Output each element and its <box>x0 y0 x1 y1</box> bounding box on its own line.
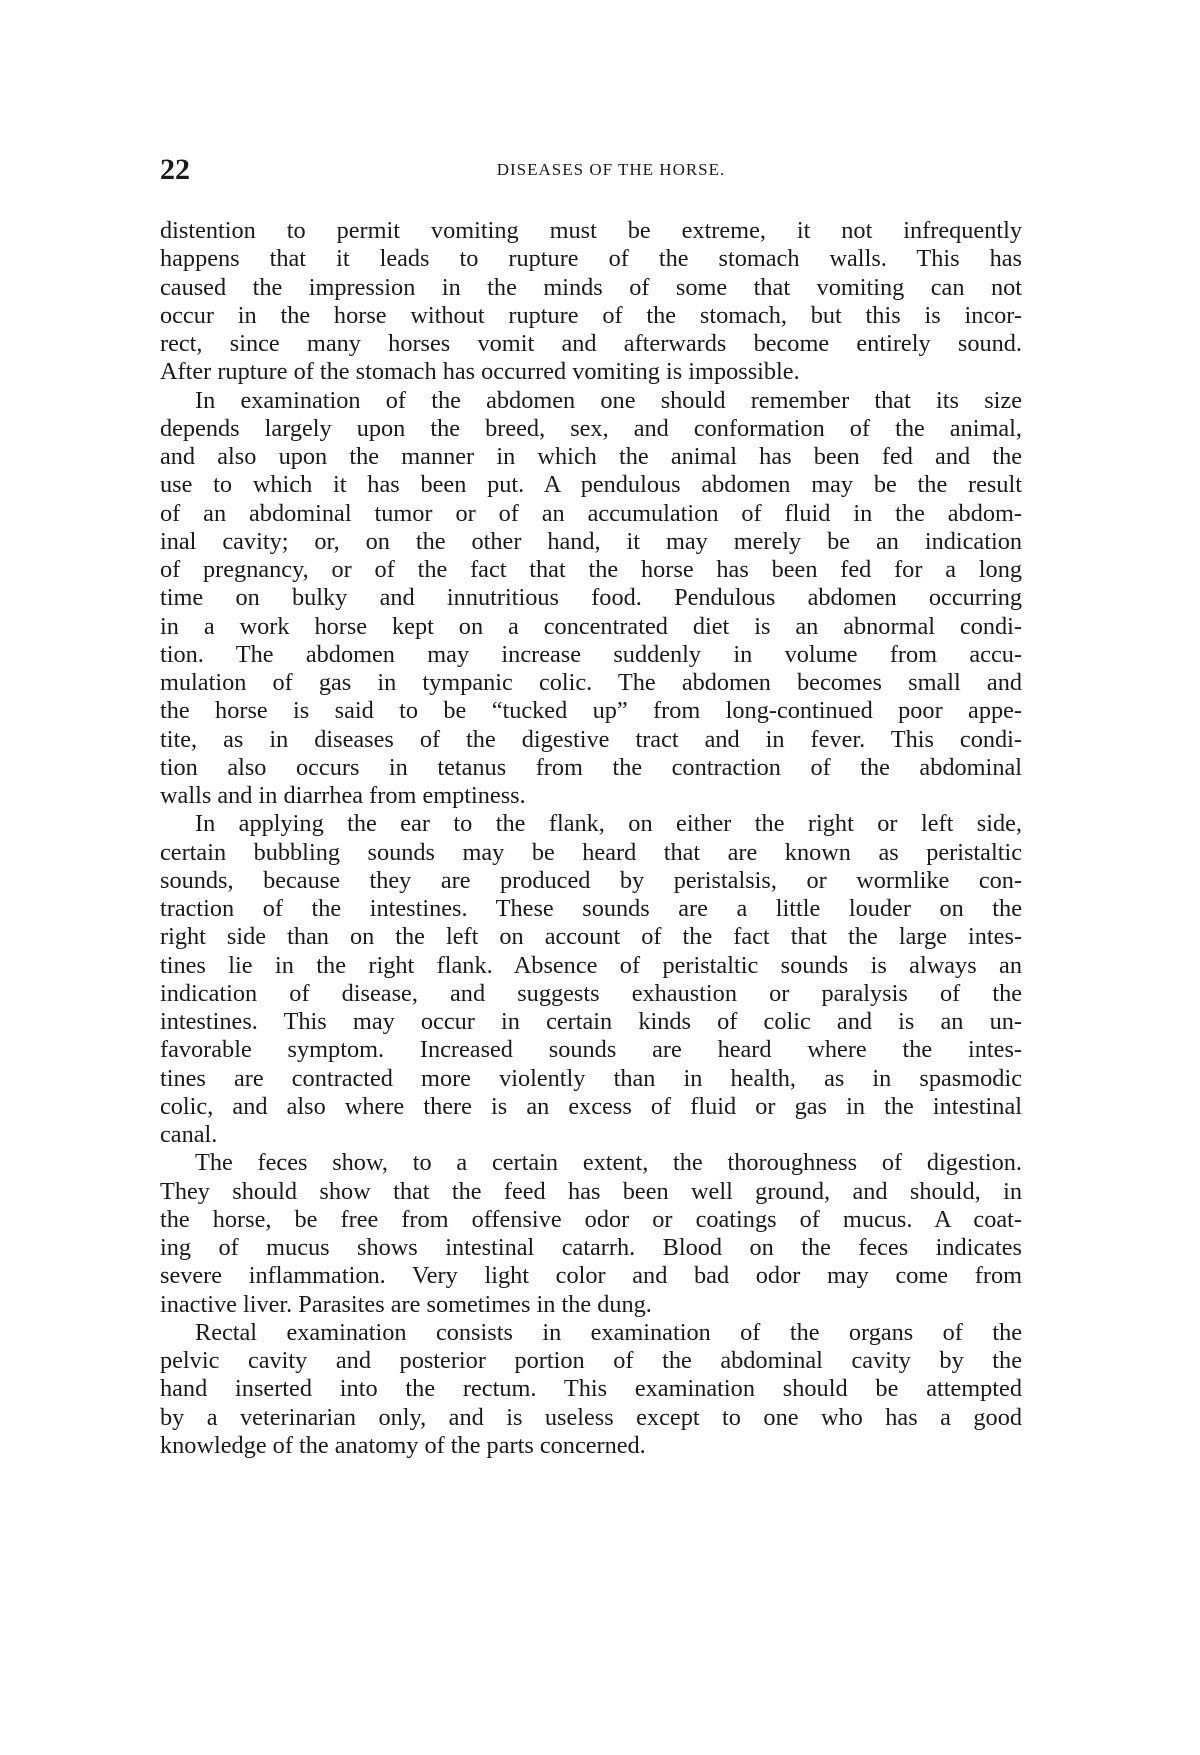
text-line: tines lie in the right flank. Absence of… <box>160 952 1022 980</box>
text-line: After rupture of the stomach has occurre… <box>160 358 1022 386</box>
text-line: tines are contracted more violently than… <box>160 1065 1022 1093</box>
text-line: colic, and also where there is an excess… <box>160 1093 1022 1121</box>
text-line: use to which it has been put. A pendulou… <box>160 471 1022 499</box>
text-line: tion. The abdomen may increase suddenly … <box>160 641 1022 669</box>
text-line: traction of the intestines. These sounds… <box>160 895 1022 923</box>
text-line: favorable symptom. Increased sounds are … <box>160 1036 1022 1064</box>
text-line: happens that it leads to rupture of the … <box>160 245 1022 273</box>
text-line: time on bulky and innutritious food. Pen… <box>160 584 1022 612</box>
text-line: of an abdominal tumor or of an accumulat… <box>160 500 1022 528</box>
paragraph-vomiting: distention to permit vomiting must be ex… <box>160 217 1022 387</box>
text-line: the horse, be free from offensive odor o… <box>160 1206 1022 1234</box>
text-line: They should show that the feed has been … <box>160 1178 1022 1206</box>
text-line: by a veterinarian only, and is useless e… <box>160 1404 1022 1432</box>
book-page: 22 DISEASES OF THE HORSE. distention to … <box>0 0 1200 1755</box>
body-text: distention to permit vomiting must be ex… <box>160 217 1022 1460</box>
text-line: rect, since many horses vomit and afterw… <box>160 330 1022 358</box>
text-line: severe inflammation. Very light color an… <box>160 1262 1022 1290</box>
text-line: tion also occurs in tetanus from the con… <box>160 754 1022 782</box>
text-line: The feces show, to a certain extent, the… <box>160 1149 1022 1177</box>
text-line: knowledge of the anatomy of the parts co… <box>160 1432 1022 1460</box>
text-line: canal. <box>160 1121 1022 1149</box>
text-line: occur in the horse without rupture of th… <box>160 302 1022 330</box>
text-line: inactive liver. Parasites are sometimes … <box>160 1291 1022 1319</box>
text-line: Rectal examination consists in examinati… <box>160 1319 1022 1347</box>
paragraph-feces: The feces show, to a certain extent, the… <box>160 1149 1022 1319</box>
text-line: distention to permit vomiting must be ex… <box>160 217 1022 245</box>
text-line: of pregnancy, or of the fact that the ho… <box>160 556 1022 584</box>
paragraph-rectal-examination: Rectal examination consists in examinati… <box>160 1319 1022 1460</box>
running-head: 22 DISEASES OF THE HORSE. <box>160 150 1022 190</box>
text-line: the horse is said to be “tucked up” from… <box>160 697 1022 725</box>
text-line: caused the impression in the minds of so… <box>160 274 1022 302</box>
text-line: mulation of gas in tympanic colic. The a… <box>160 669 1022 697</box>
text-line: right side than on the left on account o… <box>160 923 1022 951</box>
paragraph-peristaltic-sounds: In applying the ear to the flank, on eit… <box>160 810 1022 1149</box>
text-line: sounds, because they are produced by per… <box>160 867 1022 895</box>
running-title: DISEASES OF THE HORSE. <box>160 154 1022 186</box>
text-line: intestines. This may occur in certain ki… <box>160 1008 1022 1036</box>
text-line: ing of mucus shows intestinal catarrh. B… <box>160 1234 1022 1262</box>
text-line: indication of disease, and suggests exha… <box>160 980 1022 1008</box>
text-line: In examination of the abdomen one should… <box>160 387 1022 415</box>
paragraph-abdomen-examination: In examination of the abdomen one should… <box>160 387 1022 811</box>
text-line: tite, as in diseases of the digestive tr… <box>160 726 1022 754</box>
text-line: certain bubbling sounds may be heard tha… <box>160 839 1022 867</box>
text-line: depends largely upon the breed, sex, and… <box>160 415 1022 443</box>
text-line: walls and in diarrhea from emptiness. <box>160 782 1022 810</box>
text-line: in a work horse kept on a concentrated d… <box>160 613 1022 641</box>
text-line: and also upon the manner in which the an… <box>160 443 1022 471</box>
text-line: inal cavity; or, on the other hand, it m… <box>160 528 1022 556</box>
text-line: hand inserted into the rectum. This exam… <box>160 1375 1022 1403</box>
text-line: In applying the ear to the flank, on eit… <box>160 810 1022 838</box>
text-line: pelvic cavity and posterior portion of t… <box>160 1347 1022 1375</box>
